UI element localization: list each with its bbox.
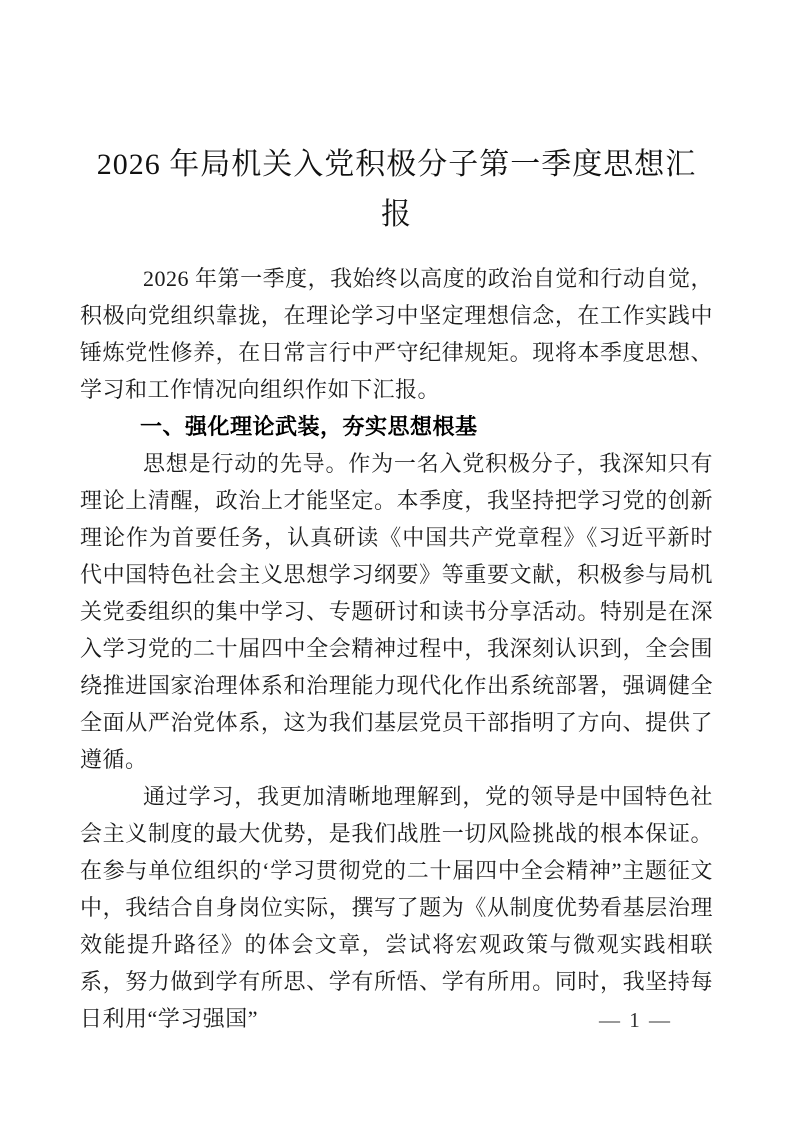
- section-heading-theory: 一、强化理论武装，夯实思想根基: [80, 408, 713, 445]
- document-title: 2026 年局机关入党积极分子第一季度思想汇 报: [80, 140, 713, 240]
- paragraph-theory-study: 思想是行动的先导。作为一名入党积极分子，我深知只有理论上清醒，政治上才能坚定。本…: [80, 445, 713, 778]
- page-number: — 1 —: [599, 1006, 672, 1034]
- paragraph-intro: 2026 年第一季度，我始终以高度的政治自觉和行动自觉，积极向党组织靠拢，在理论…: [80, 260, 713, 408]
- title-line-2: 报: [80, 190, 713, 240]
- title-line-1: 2026 年局机关入党积极分子第一季度思想汇: [80, 140, 713, 190]
- paragraph-study-insights: 通过学习，我更加清晰地理解到，党的领导是中国特色社会主义制度的最大优势，是我们战…: [80, 778, 713, 1037]
- document-page: 2026 年局机关入党积极分子第一季度思想汇 报 2026 年第一季度，我始终以…: [0, 0, 793, 1122]
